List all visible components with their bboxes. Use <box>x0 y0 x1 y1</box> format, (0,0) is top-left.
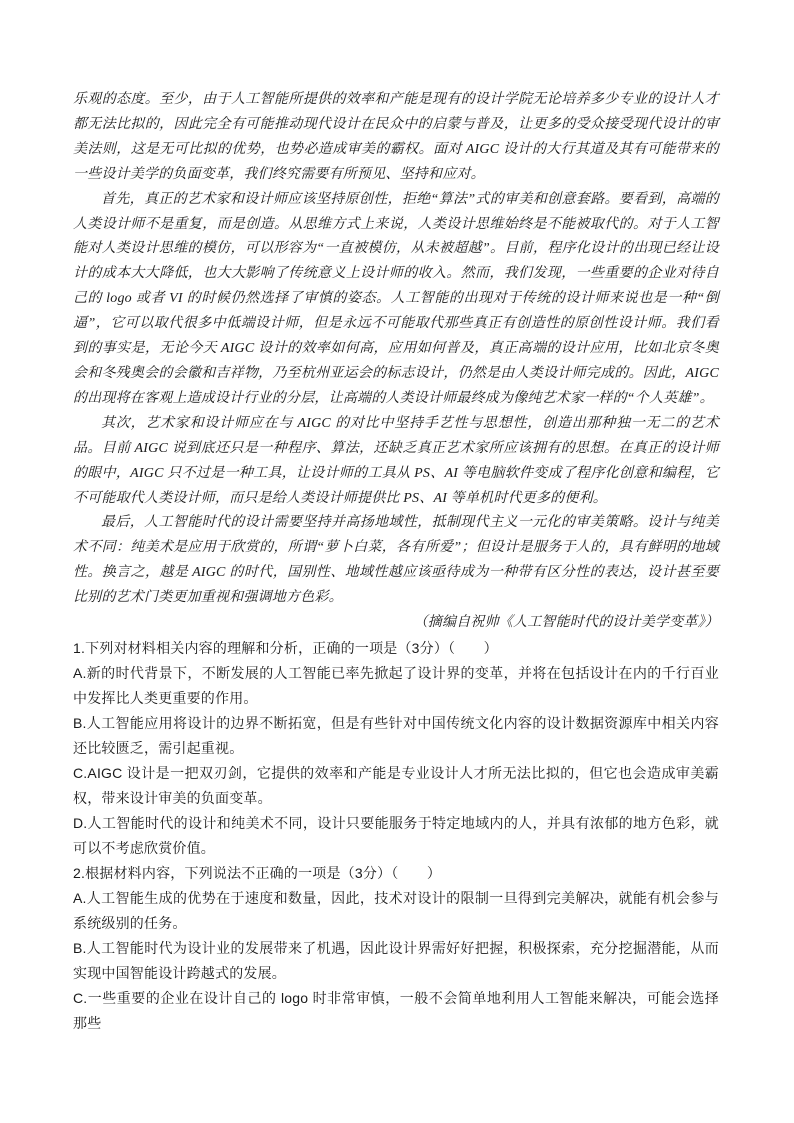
question-1-stem: 1.下列对材料相关内容的理解和分析，正确的一项是（3分）（ ） <box>73 636 719 661</box>
question-1-option-c: C.AIGC 设计是一把双刃剑，它提供的效率和产能是专业设计人才所无法比拟的，但… <box>73 761 719 811</box>
material-paragraph: 首先，真正的艺术家和设计师应该坚持原创性，拒绝“算法”式的审美和创意套路。要看到… <box>73 188 719 412</box>
source-attribution: （摘编自祝帅《人工智能时代的设计美学变革》） <box>73 611 719 636</box>
question-1-option-d: D.人工智能时代的设计和纯美术不同，设计只要能服务于特定地域内的人，并具有浓郁的… <box>73 811 719 861</box>
exam-paper-page: 乐观的态度。至少，由于人工智能所提供的效率和产能是现有的设计学院无论培养多少专业… <box>0 0 794 1123</box>
questions-section: 1.下列对材料相关内容的理解和分析，正确的一项是（3分）（ ） A.新的时代背景… <box>73 636 719 1036</box>
material-paragraph: 乐观的态度。至少，由于人工智能所提供的效率和产能是现有的设计学院无论培养多少专业… <box>73 88 719 188</box>
question-2-option-c: C.一些重要的企业在设计自己的 logo 时非常审慎，一般不会简单地利用人工智能… <box>73 986 719 1036</box>
material-paragraph: 最后，人工智能时代的设计需要坚持并高扬地域性，抵制现代主义一元化的审美策略。设计… <box>73 511 719 611</box>
question-2-option-a: A.人工智能生成的优势在于速度和数量，因此，技术对设计的限制一旦得到完美解决，就… <box>73 886 719 936</box>
question-1-option-a: A.新的时代背景下，不断发展的人工智能已率先掀起了设计界的变革，并将在包括设计在… <box>73 661 719 711</box>
question-2-stem: 2.根据材料内容，下列说法不正确的一项是（3分）（ ） <box>73 861 719 886</box>
question-2-option-b: B.人工智能时代为设计业的发展带来了机遇，因此设计界需好好把握，积极探索，充分挖… <box>73 936 719 986</box>
reading-material: 乐观的态度。至少，由于人工智能所提供的效率和产能是现有的设计学院无论培养多少专业… <box>73 88 719 636</box>
question-1-option-b: B.人工智能应用将设计的边界不断拓宽，但是有些针对中国传统文化内容的设计数据资源… <box>73 711 719 761</box>
material-paragraph: 其次，艺术家和设计师应在与 AIGC 的对比中坚持手艺性与思想性，创造出那种独一… <box>73 412 719 512</box>
